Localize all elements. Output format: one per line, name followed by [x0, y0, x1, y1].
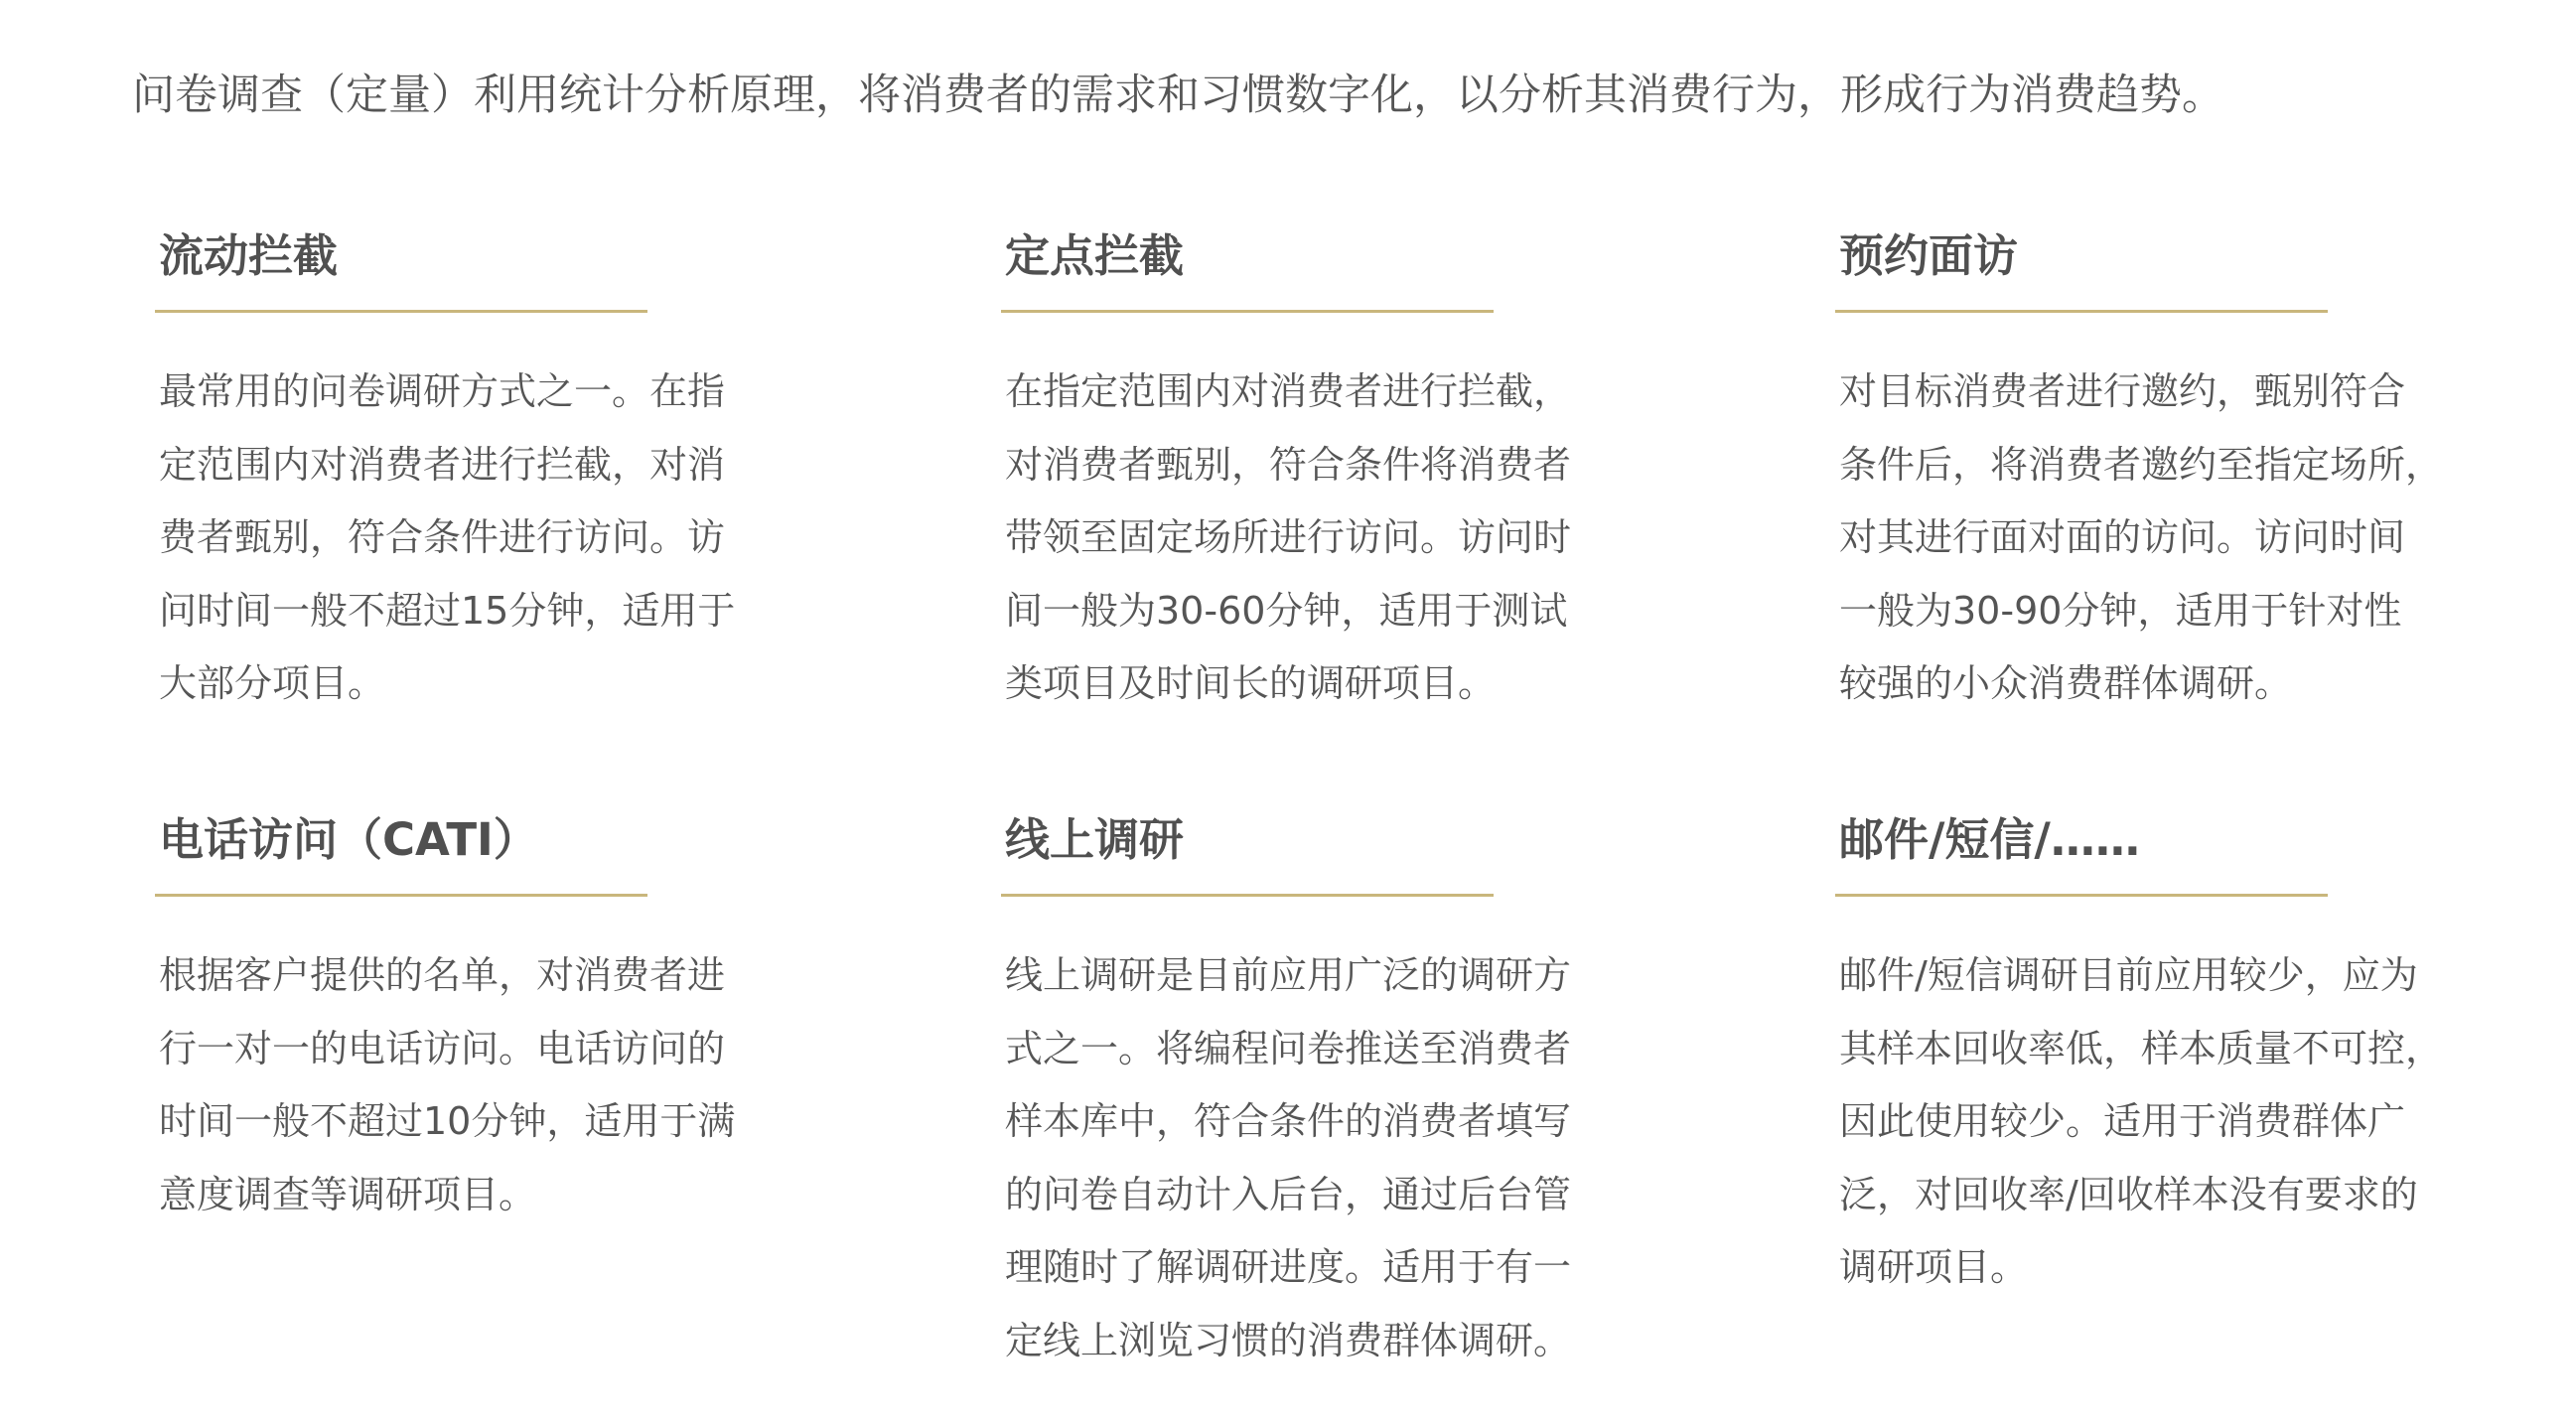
description-line: 其样本回收率低，样本质量不可控，	[1839, 1013, 2465, 1086]
description-line: 费者甄别，符合条件进行访问。访	[159, 501, 785, 575]
description-line: 邮件/短信调研目前应用较少，应为	[1839, 939, 2465, 1013]
description-line: 定范围内对消费者进行拦截，对消	[159, 429, 785, 502]
title-divider	[155, 310, 647, 313]
description-line: 理随时了解调研进度。适用于有一	[1005, 1231, 1631, 1305]
description-line: 最常用的问卷调研方式之一。在指	[159, 356, 785, 429]
description-line: 时间一般不超过10分钟，适用于满	[159, 1085, 785, 1159]
description-line: 样本库中，符合条件的消费者填写	[1005, 1085, 1631, 1159]
method-description: 邮件/短信调研目前应用较少，应为 其样本回收率低，样本质量不可控， 因此使用较少…	[1839, 939, 2465, 1305]
description-line: 泛，对回收率/回收样本没有要求的	[1839, 1159, 2465, 1232]
description-line: 调研项目。	[1839, 1231, 2465, 1305]
method-title: 预约面访	[1839, 228, 2018, 284]
description-line: 根据客户提供的名单，对消费者进	[159, 939, 785, 1013]
method-description: 在指定范围内对消费者进行拦截， 对消费者甄别，符合条件将消费者 带领至固定场所进…	[1005, 356, 1631, 721]
title-divider	[155, 894, 647, 897]
method-description: 线上调研是目前应用广泛的调研方 式之一。将编程问卷推送至消费者 样本库中，符合条…	[1005, 939, 1631, 1377]
description-line: 行一对一的电话访问。电话访问的	[159, 1013, 785, 1086]
title-divider	[1835, 310, 2328, 313]
method-title: 电话访问（CATI）	[159, 812, 538, 868]
description-line: 对消费者甄别，符合条件将消费者	[1005, 429, 1631, 502]
description-line: 类项目及时间长的调研项目。	[1005, 647, 1631, 721]
description-line: 一般为30-90分钟，适用于针对性	[1839, 575, 2465, 648]
description-line: 意度调查等调研项目。	[159, 1159, 785, 1232]
description-line: 定线上浏览习惯的消费群体调研。	[1005, 1305, 1631, 1378]
intro-paragraph: 问卷调查（定量）利用统计分析原理，将消费者的需求和习惯数字化，以分析其消费行为，…	[132, 66, 2224, 125]
description-line: 间一般为30-60分钟，适用于测试	[1005, 575, 1631, 648]
description-line: 较强的小众消费群体调研。	[1839, 647, 2465, 721]
method-description: 根据客户提供的名单，对消费者进 行一对一的电话访问。电话访问的 时间一般不超过1…	[159, 939, 785, 1231]
method-title: 邮件/短信/……	[1839, 812, 2140, 868]
description-line: 大部分项目。	[159, 647, 785, 721]
description-line: 的问卷自动计入后台，通过后台管	[1005, 1159, 1631, 1232]
method-description: 对目标消费者进行邀约，甄别符合 条件后，将消费者邀约至指定场所， 对其进行面对面…	[1839, 356, 2465, 721]
method-title: 线上调研	[1005, 812, 1184, 868]
method-title: 流动拦截	[159, 228, 338, 284]
description-line: 对目标消费者进行邀约，甄别符合	[1839, 356, 2465, 429]
description-line: 在指定范围内对消费者进行拦截，	[1005, 356, 1631, 429]
description-line: 线上调研是目前应用广泛的调研方	[1005, 939, 1631, 1013]
description-line: 式之一。将编程问卷推送至消费者	[1005, 1013, 1631, 1086]
title-divider	[1001, 894, 1494, 897]
description-line: 带领至固定场所进行访问。访问时	[1005, 501, 1631, 575]
description-line: 因此使用较少。适用于消费群体广	[1839, 1085, 2465, 1159]
title-divider	[1001, 310, 1494, 313]
title-divider	[1835, 894, 2328, 897]
method-description: 最常用的问卷调研方式之一。在指 定范围内对消费者进行拦截，对消 费者甄别，符合条…	[159, 356, 785, 721]
description-line: 条件后，将消费者邀约至指定场所，	[1839, 429, 2465, 502]
description-line: 对其进行面对面的访问。访问时间	[1839, 501, 2465, 575]
method-title: 定点拦截	[1005, 228, 1184, 284]
description-line: 问时间一般不超过15分钟，适用于	[159, 575, 785, 648]
